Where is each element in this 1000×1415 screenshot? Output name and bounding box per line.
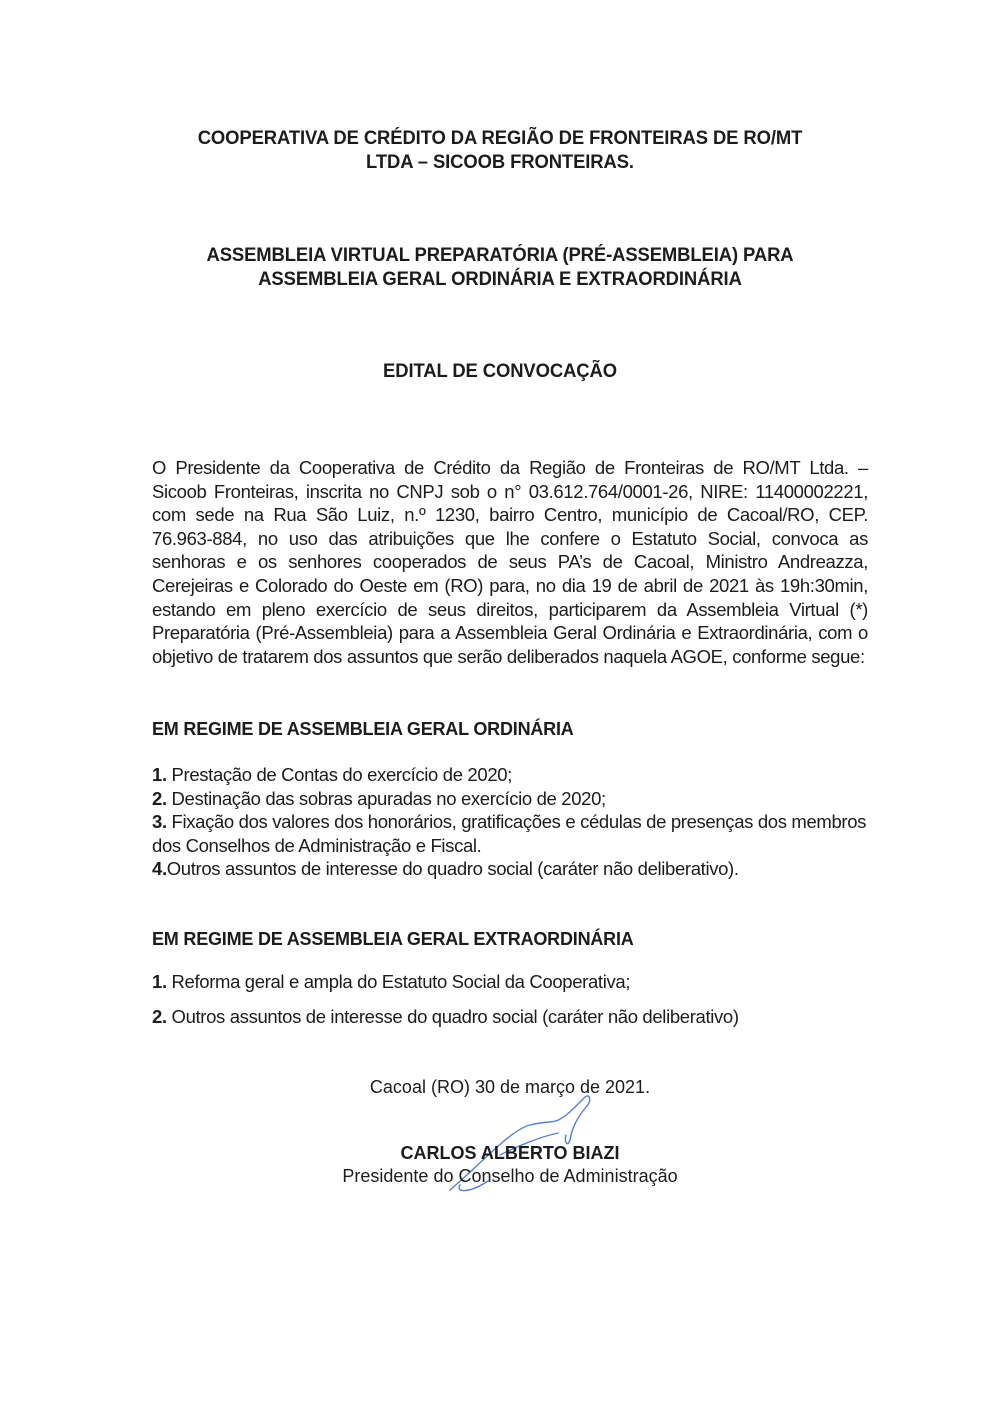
agenda-item-number: 4. [152,858,167,879]
agenda-item-number: 3. [152,811,167,832]
document-type-heading: EDITAL DE CONVOCAÇÃO [112,360,888,384]
intro-paragraph: O Presidente da Cooperativa de Crédito d… [152,456,868,668]
agenda-item: 4.Outros assuntos de interesse do quadro… [152,857,868,881]
agenda-item: 2. Outros assuntos de interesse do quadr… [152,1005,868,1029]
assembly-title-line1: ASSEMBLEIA VIRTUAL PREPARATÓRIA (PRÉ-ASS… [112,244,888,268]
organization-title: COOPERATIVA DE CRÉDITO DA REGIÃO DE FRON… [112,127,888,175]
organization-title-line1: COOPERATIVA DE CRÉDITO DA REGIÃO DE FRON… [112,127,888,151]
signer-role: Presidente do Conselho de Administração [200,1166,820,1187]
agenda-item-text: Destinação das sobras apuradas no exercí… [167,788,606,809]
document-page: COOPERATIVA DE CRÉDITO DA REGIÃO DE FRON… [0,0,1000,1415]
agenda-item-number: 1. [152,971,167,992]
agenda-item-text: Reforma geral e ampla do Estatuto Social… [167,971,630,992]
ordinary-section-title: EM REGIME DE ASSEMBLEIA GERAL ORDINÁRIA [152,719,574,740]
agenda-item-number: 2. [152,788,167,809]
organization-title-line2: LTDA – SICOOB FRONTEIRAS. [112,151,888,175]
extraordinary-section-title: EM REGIME DE ASSEMBLEIA GERAL EXTRAORDIN… [152,929,634,950]
extraordinary-agenda-list: 1. Reforma geral e ampla do Estatuto Soc… [152,970,868,1039]
agenda-item-number: 2. [152,1006,167,1027]
agenda-item: 1. Reforma geral e ampla do Estatuto Soc… [152,970,868,994]
ordinary-agenda-list: 1. Prestação de Contas do exercício de 2… [152,763,868,881]
assembly-title: ASSEMBLEIA VIRTUAL PREPARATÓRIA (PRÉ-ASS… [112,244,888,292]
agenda-item-text: Outros assuntos de interesse do quadro s… [167,858,739,879]
agenda-item: 2. Destinação das sobras apuradas no exe… [152,787,868,811]
agenda-item-number: 1. [152,764,167,785]
agenda-item: 3. Fixação dos valores dos honorários, g… [152,810,868,857]
signer-name: CARLOS ALBERTO BIAZI [200,1143,820,1164]
agenda-item-text: Outros assuntos de interesse do quadro s… [167,1006,739,1027]
agenda-item-text: Fixação dos valores dos honorários, grat… [152,811,866,856]
assembly-title-line2: ASSEMBLEIA GERAL ORDINÁRIA E EXTRAORDINÁ… [112,268,888,292]
agenda-item-text: Prestação de Contas do exercício de 2020… [167,764,512,785]
agenda-item: 1. Prestação de Contas do exercício de 2… [152,763,868,787]
